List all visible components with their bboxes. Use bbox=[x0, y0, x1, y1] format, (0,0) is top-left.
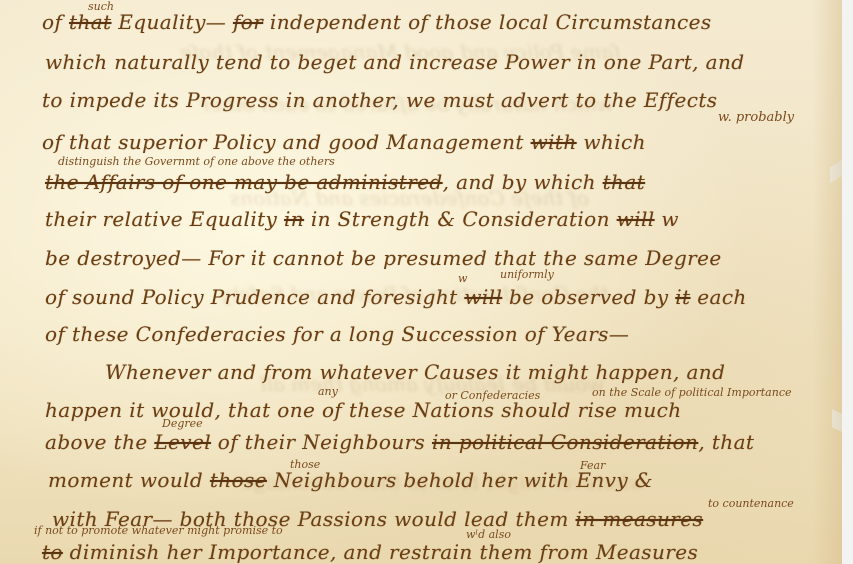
manuscript-line-1: of that Equality— for independent of tho… bbox=[42, 10, 712, 34]
text-segment: of that superior Policy and good Managem… bbox=[42, 130, 531, 154]
paper-tear bbox=[832, 409, 842, 433]
paper-tear bbox=[830, 159, 842, 183]
struck-text: for bbox=[233, 10, 263, 34]
manuscript-line-13: moment would those Neighbours behold her… bbox=[48, 468, 653, 492]
text-segment: Neighbours behold her with Envy & bbox=[267, 468, 653, 492]
text-segment: independent of those local Circumstances bbox=[263, 10, 711, 34]
struck-text: will bbox=[617, 207, 655, 231]
struck-text: in measures bbox=[576, 507, 704, 531]
text-segment: their relative Equality bbox=[45, 207, 284, 231]
insertion: uniformly bbox=[500, 268, 554, 281]
struck-text: that bbox=[69, 10, 111, 34]
text-segment: which naturally tend to beget and increa… bbox=[45, 50, 744, 74]
manuscript-line-5: the Affairs of one may be administred, a… bbox=[45, 170, 645, 194]
text-segment: , that bbox=[698, 430, 754, 454]
text-segment: each bbox=[691, 285, 747, 309]
text-segment: be observed by bbox=[502, 285, 675, 309]
text-segment: above the bbox=[45, 430, 154, 454]
text-segment: , and by which bbox=[443, 170, 603, 194]
manuscript-line-2: which naturally tend to beget and increa… bbox=[45, 50, 744, 74]
manuscript-line-3: to impede its Progress in another, we mu… bbox=[42, 88, 717, 112]
manuscript-line-10: Whenever and from whatever Causes it mig… bbox=[105, 360, 725, 384]
manuscript-line-12: above the Level of their Neighbours in p… bbox=[45, 430, 754, 454]
text-segment: of their Neighbours bbox=[211, 430, 432, 454]
manuscript-line-9: of these Confederacies for a long Succes… bbox=[45, 322, 629, 346]
text-segment: of bbox=[42, 10, 69, 34]
insertion: distinguish the Governmt of one above th… bbox=[58, 155, 335, 168]
text-segment: moment would bbox=[48, 468, 210, 492]
struck-text: to bbox=[42, 540, 63, 564]
insertion: Degree bbox=[162, 417, 203, 430]
manuscript-line-15: to diminish her Importance, and restrain… bbox=[42, 540, 698, 564]
text-segment: diminish her Importance, and restrain th… bbox=[63, 540, 698, 564]
text-segment: which bbox=[577, 130, 646, 154]
manuscript-line-8: of sound Policy Prudence and foresight w… bbox=[45, 285, 747, 309]
manuscript-line-7: be destroyed— For it cannot be presumed … bbox=[45, 246, 722, 270]
struck-text: the Affairs of one may be administred bbox=[45, 170, 443, 194]
struck-text: in political Consideration bbox=[432, 430, 698, 454]
text-segment: happen it would, that one of these Natio… bbox=[45, 398, 682, 422]
text-segment: w bbox=[655, 207, 679, 231]
struck-text: those bbox=[210, 468, 267, 492]
insertion: if not to promote whatever might promise… bbox=[34, 524, 283, 537]
manuscript-line-11: happen it would, that one of these Natio… bbox=[45, 398, 682, 422]
struck-text: will bbox=[464, 285, 502, 309]
text-segment: of these Confederacies for a long Succes… bbox=[45, 322, 629, 346]
insertion: any bbox=[318, 385, 338, 398]
text-segment: Equality— bbox=[112, 10, 233, 34]
struck-text: in bbox=[284, 207, 304, 231]
insertion: w. probably bbox=[718, 110, 794, 125]
struck-text: that bbox=[603, 170, 645, 194]
text-segment: in Strength & Consideration bbox=[304, 207, 617, 231]
insertion: w bbox=[458, 272, 467, 285]
struck-text: it bbox=[675, 285, 690, 309]
struck-text: with bbox=[531, 130, 577, 154]
manuscript-page: ſame Policy and good Management of thoſe… bbox=[0, 0, 842, 564]
manuscript-line-4: of that superior Policy and good Managem… bbox=[42, 130, 646, 154]
manuscript-line-6: their relative Equality in in Strength &… bbox=[45, 207, 679, 231]
text-segment: be destroyed— For it cannot be presumed … bbox=[45, 246, 722, 270]
text-segment: of sound Policy Prudence and foresight bbox=[45, 285, 464, 309]
text-segment: to impede its Progress in another, we mu… bbox=[42, 88, 717, 112]
struck-text: Level bbox=[154, 430, 211, 454]
insertion: to countenance bbox=[708, 497, 794, 510]
text-segment: Whenever and from whatever Causes it mig… bbox=[105, 360, 725, 384]
